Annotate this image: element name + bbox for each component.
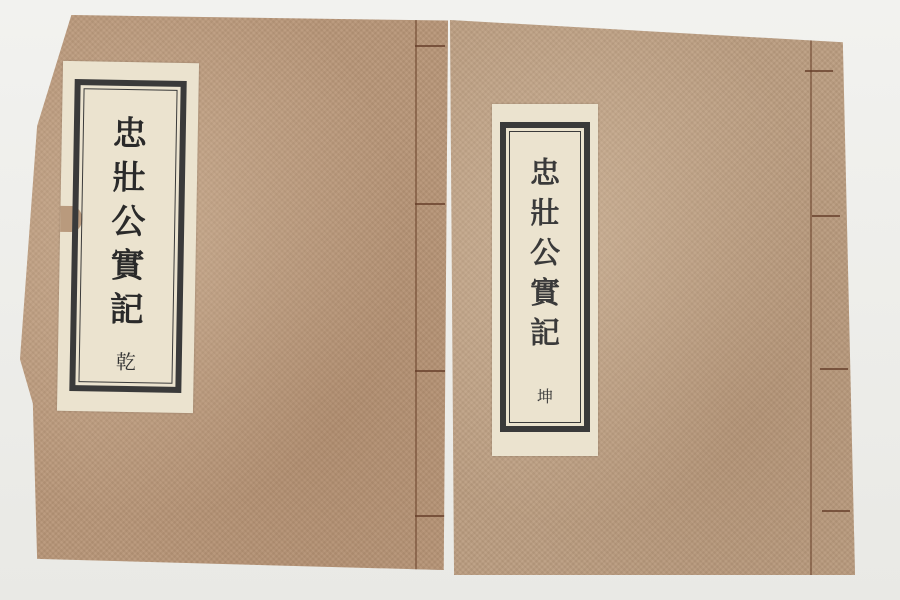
binding-stitch: [822, 510, 850, 512]
binding-stitch: [415, 370, 445, 372]
binding-spine-line: [810, 20, 812, 575]
volume-marker: 坤: [537, 384, 553, 407]
title-char: 忠: [530, 154, 560, 194]
binding-stitch: [812, 215, 840, 217]
photo-background: 忠 壯 公 實 記 乾 忠 壯 公 實 記 坤: [0, 0, 900, 600]
label-border-frame: 忠 壯 公 實 記 坤: [500, 122, 590, 432]
title-char: 公: [111, 200, 146, 245]
binding-stitch: [415, 515, 445, 517]
title-char: 實: [530, 274, 560, 314]
binding-stitch: [415, 203, 445, 205]
volume-marker: 乾: [116, 346, 137, 375]
title-char: 壯: [530, 194, 560, 234]
title-char: 實: [110, 244, 145, 289]
binding-spine-line: [415, 15, 417, 570]
title-char: 壯: [112, 156, 147, 201]
binding-stitch: [820, 368, 848, 370]
title-label-right: 忠 壯 公 實 記 坤: [492, 104, 598, 456]
title-char: 記: [109, 288, 144, 333]
title-char: 忠: [112, 112, 147, 157]
binding-stitch: [415, 45, 445, 47]
title-char: 記: [530, 314, 560, 354]
title-char: 公: [530, 234, 560, 274]
binding-stitch: [805, 70, 833, 72]
label-border-frame: 忠 壯 公 實 記 乾: [69, 79, 186, 393]
title-label-left: 忠 壯 公 實 記 乾: [57, 61, 199, 413]
